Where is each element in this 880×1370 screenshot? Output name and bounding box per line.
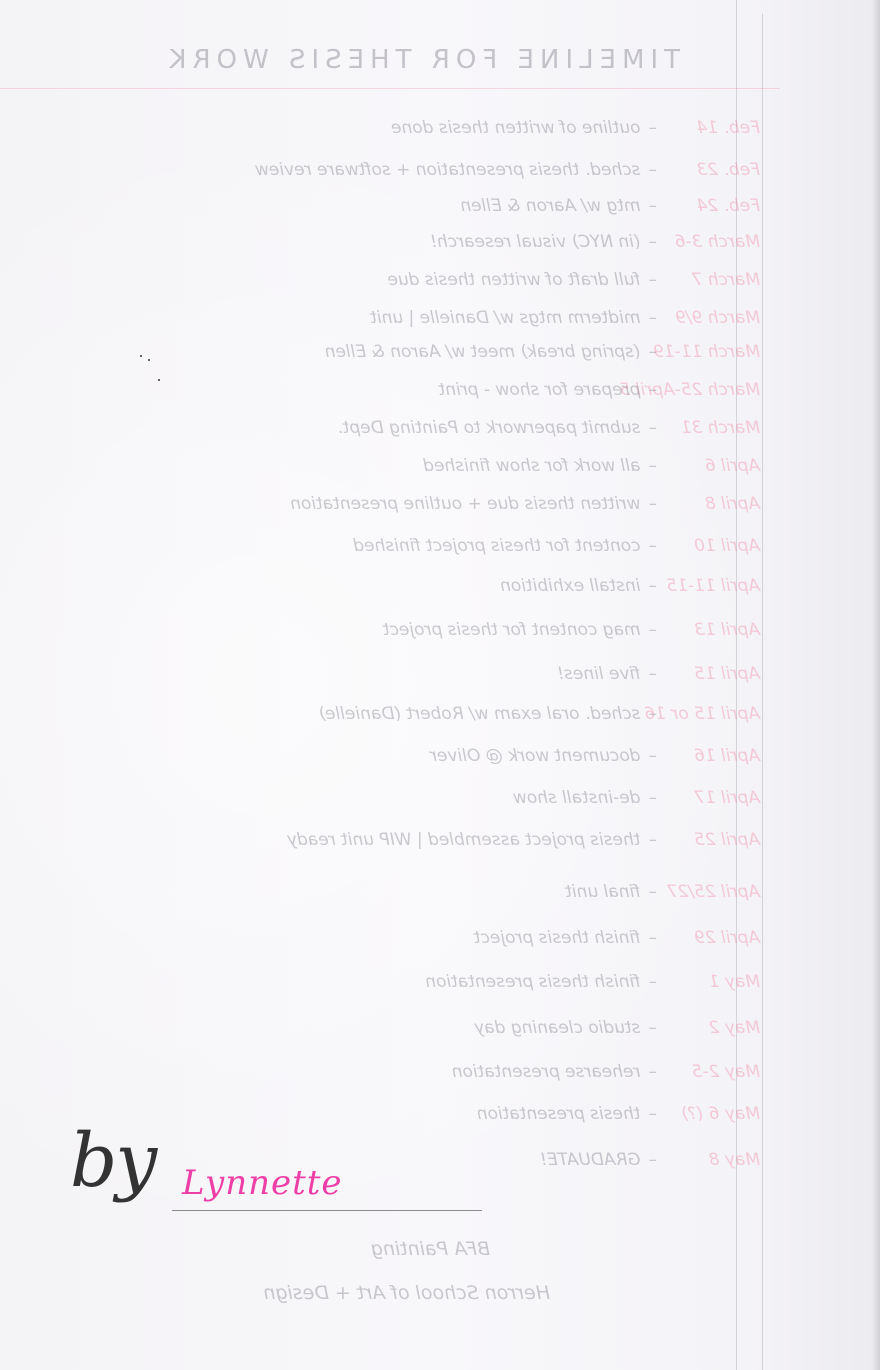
bleed-row: May 6 (?)–thesis presentation — [477, 1104, 760, 1134]
bleed-row: May 1–finish thesis presentation — [425, 972, 760, 1002]
bleed-row: April 6–all work for show finished — [423, 456, 760, 486]
margin-line-left — [736, 0, 737, 1370]
scanned-page: TIMELINE FOR THESIS WORK Feb. 14–outline… — [0, 0, 880, 1370]
bleed-row: April 25–thesis project assembled | WIP … — [287, 830, 760, 860]
bleed-row: March 11-19–(spring break) meet w/ Aaron… — [325, 342, 760, 372]
bleed-row: Feb. 14–outline of written thesis done — [391, 118, 760, 148]
bleed-row: April 10–content for thesis project fini… — [353, 536, 760, 566]
bleed-row: Feb. 24–mtg w/ Aaron & Ellen — [460, 196, 760, 226]
bleed-row: April 17–de-install show — [513, 788, 760, 818]
signature-line — [172, 1210, 482, 1211]
bleed-row: April 29–finish thesis project — [474, 928, 760, 958]
author-signature: Lynnette — [182, 1163, 343, 1203]
bleed-row: May 2–studio cleaning day — [474, 1018, 760, 1048]
bleed-row: April 25/27–final unit — [565, 882, 760, 912]
bleed-row: April 8–written thesis due + outline pre… — [290, 494, 760, 524]
bleed-footer-school: Herron School of Art + Design — [263, 1282, 550, 1304]
header-rule — [0, 88, 780, 89]
page-edge-shadow — [872, 0, 880, 1370]
bleed-footer-degree: BFA Painting — [371, 1238, 490, 1260]
bleed-row: April 15 or 16–sched. oral exam w/ Rober… — [318, 704, 760, 734]
bleed-row: March 9/9–midterm mtgs w/ Danielle | uni… — [370, 308, 760, 338]
margin-line-right — [762, 14, 763, 1370]
bleed-row: March 25-April 5–prepare for show - prin… — [439, 380, 760, 410]
byline-prefix: by — [70, 1118, 155, 1204]
bleed-title: TIMELINE FOR THESIS WORK — [163, 45, 680, 75]
bleed-row: May 2-5–rehearse presentation — [452, 1062, 760, 1092]
bleed-row: March 31–submit paperwork to Painting De… — [337, 418, 760, 448]
bleed-row: April 16–document work @ Oliver — [430, 746, 760, 776]
bleed-row: April 13–mag content for thesis project — [383, 620, 760, 650]
bleed-row: Feb. 23–sched. thesis presentation + sof… — [255, 160, 760, 190]
bleed-row: March 3-6–(in NYC) visual research! — [430, 232, 760, 262]
bleed-row: May 8–GRADUATE! — [540, 1150, 760, 1180]
bleed-row: April 11-15–install exhibition — [500, 576, 760, 606]
bleed-row: March 7–full draft of written thesis due — [388, 270, 761, 300]
bleed-row: April 15–five lines! — [557, 664, 760, 694]
